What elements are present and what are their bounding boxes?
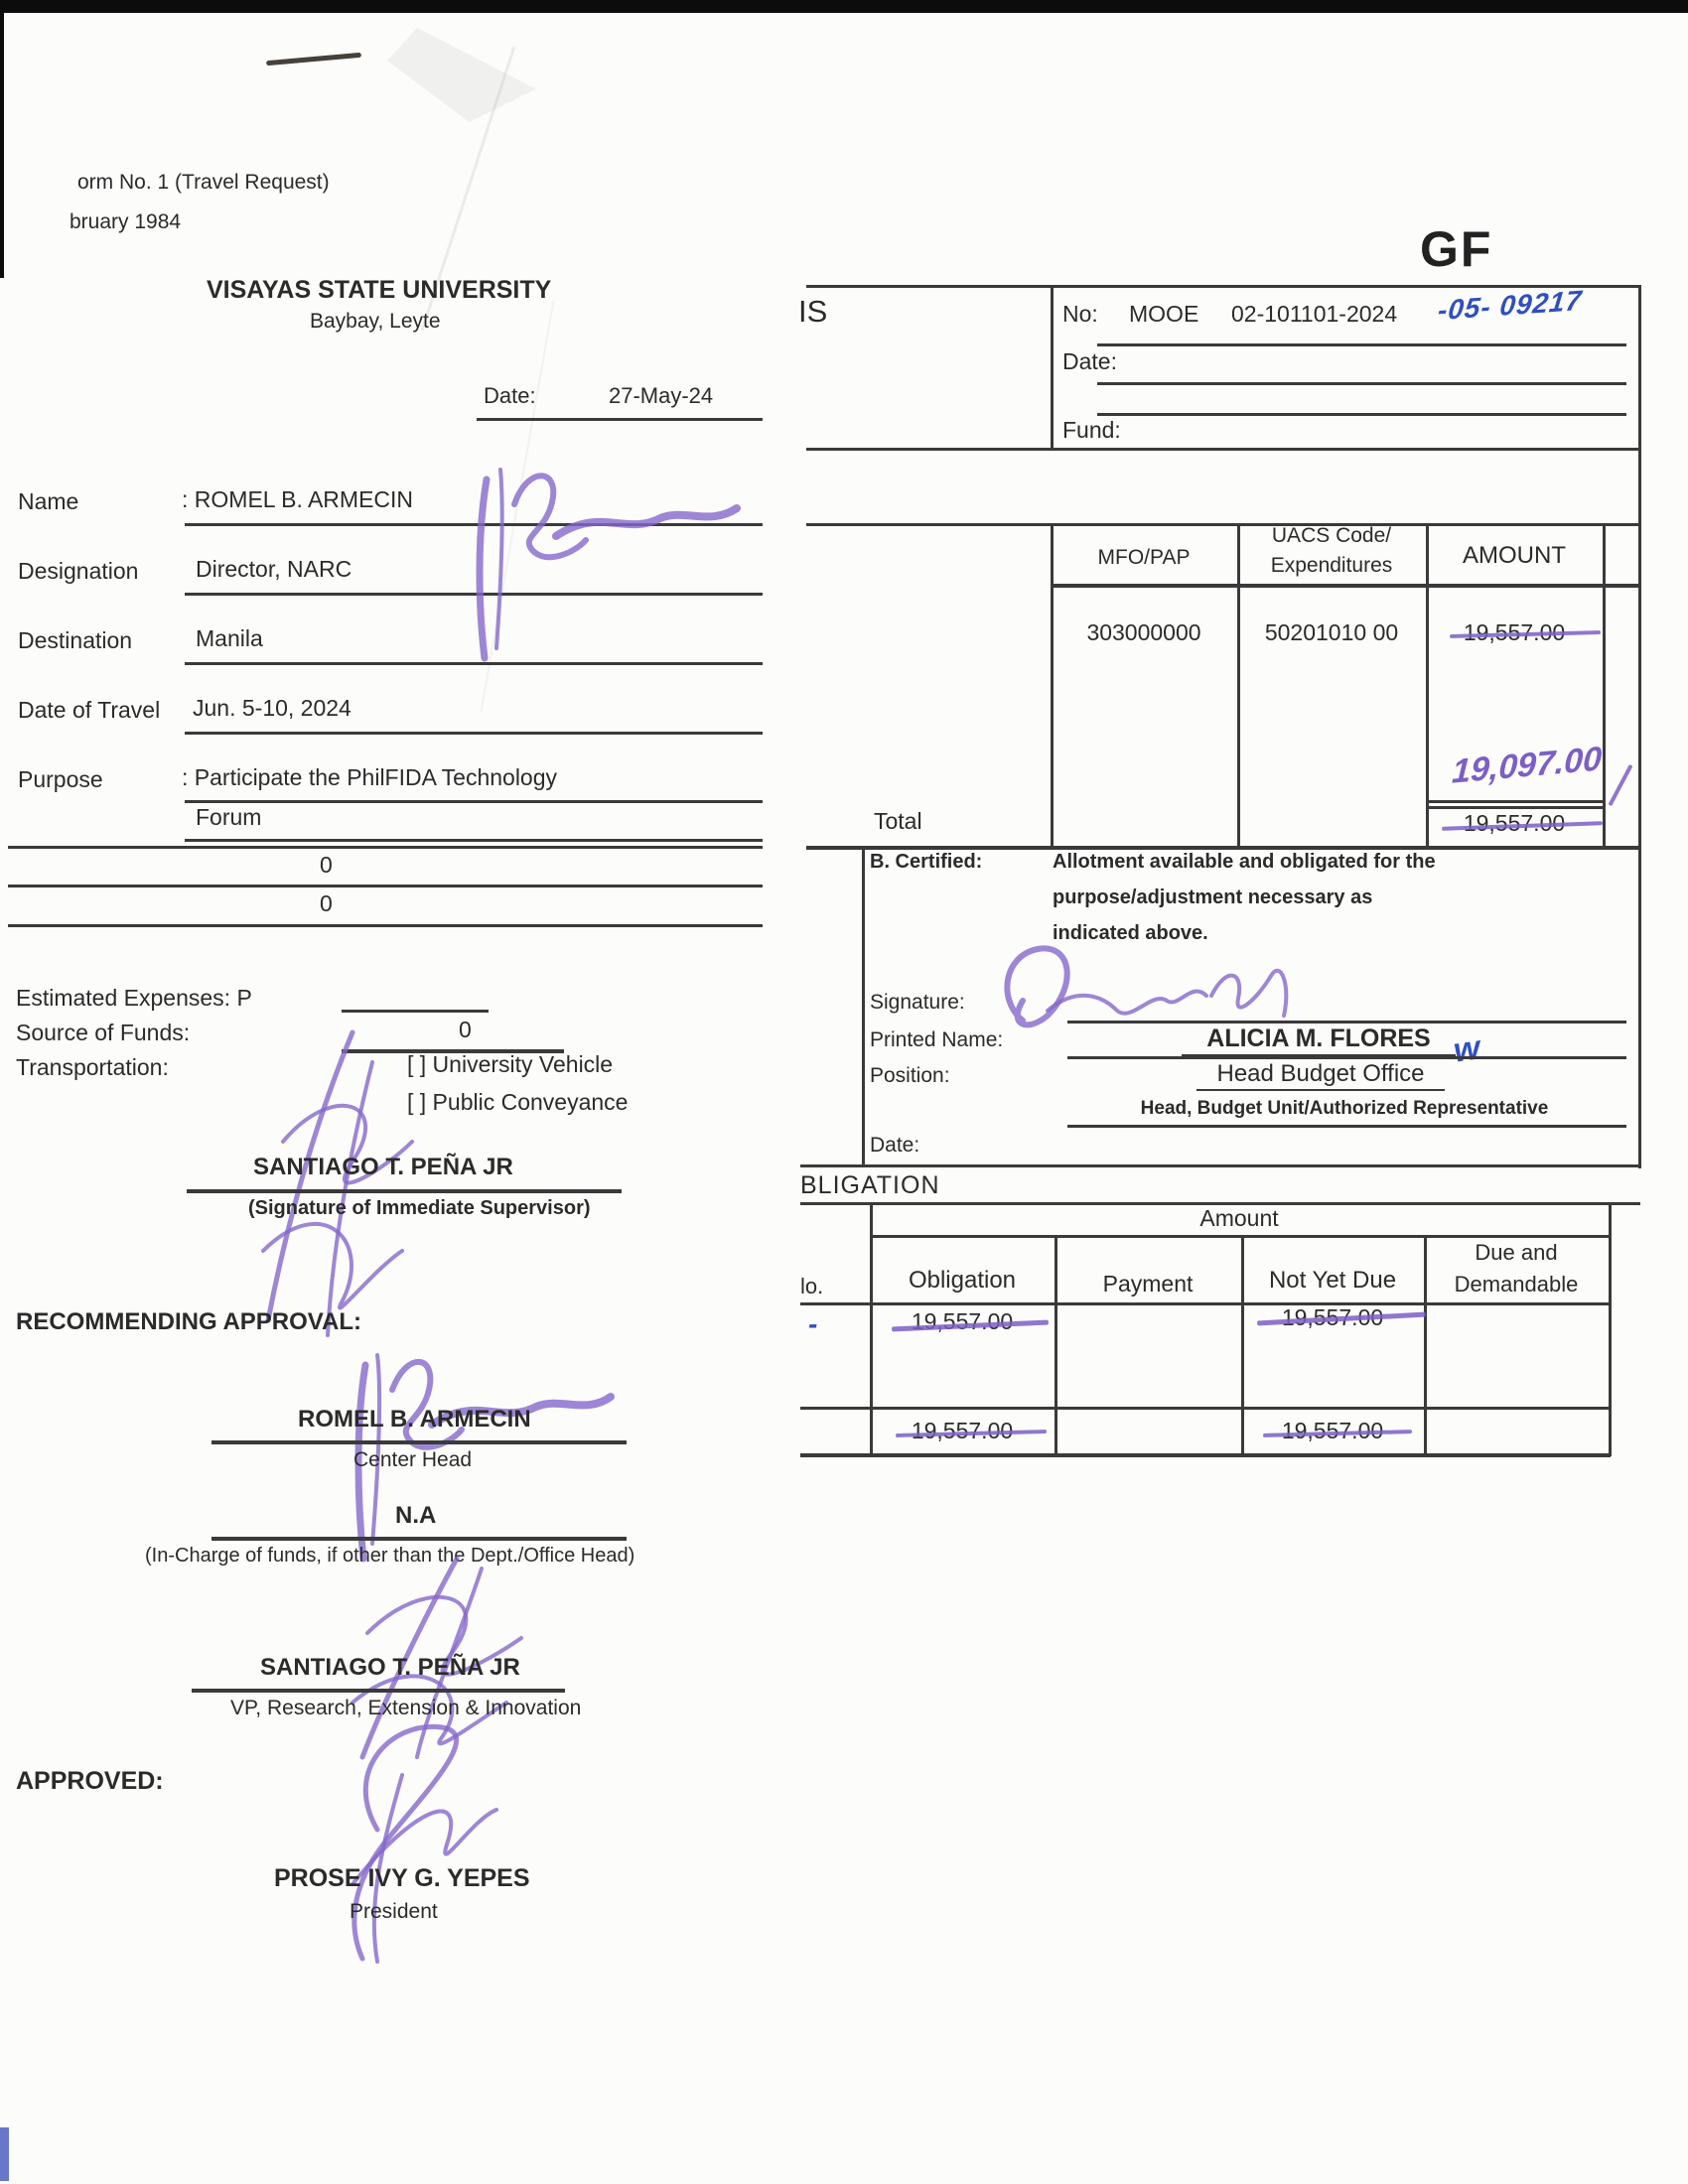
slip-header-divider bbox=[1051, 285, 1054, 449]
purpose-underline-2 bbox=[185, 839, 763, 842]
scan-mark-bottom-left bbox=[0, 2127, 9, 2181]
certified-statement-line2: purpose/adjustment necessary as bbox=[1053, 887, 1372, 909]
position-label: Position: bbox=[870, 1064, 950, 1088]
estimated-expenses-line bbox=[342, 1010, 489, 1013]
purpose-value-line1: : Participate the PhilFIDA Technology bbox=[182, 764, 557, 791]
destination-value: Manila bbox=[196, 625, 263, 652]
certified-left-border bbox=[862, 846, 865, 1166]
zero-rule-1 bbox=[8, 885, 763, 887]
designation-value: Director, NARC bbox=[196, 556, 352, 583]
destination-label: Destination bbox=[18, 627, 132, 654]
slip-no-value: 02-101101-2024 bbox=[1231, 301, 1397, 328]
slip-date-label: Date: bbox=[1062, 348, 1117, 375]
purpose-rule-a bbox=[8, 846, 763, 849]
obligation-title-partial: BLIGATION bbox=[800, 1171, 940, 1200]
zero-rule-2 bbox=[8, 924, 763, 927]
president-title: President bbox=[350, 1900, 438, 1924]
form-number: orm No. 1 (Travel Request) bbox=[77, 171, 330, 195]
obl-col-due-line2: Demandable bbox=[1424, 1272, 1609, 1297]
approver-1-underline bbox=[211, 1440, 627, 1444]
approver-3-name: SANTIAGO T. PEÑA JR bbox=[260, 1654, 520, 1682]
name-label: Name bbox=[18, 488, 78, 515]
certified-row-line-1 bbox=[1067, 1021, 1626, 1024]
printed-name-value: ALICIA M. FLORES bbox=[1182, 1024, 1456, 1057]
slip-fund-type: MOOE bbox=[1129, 301, 1198, 328]
supervisor-caption: (Signature of Immediate Supervisor) bbox=[248, 1197, 591, 1220]
travel-date-value: Jun. 5-10, 2024 bbox=[193, 695, 352, 722]
supervisor-underline bbox=[187, 1189, 622, 1193]
table-col-line-1 bbox=[1051, 523, 1054, 849]
header-date-label: Date: bbox=[484, 383, 536, 409]
obl-col-not-yet-due: Not Yet Due bbox=[1241, 1267, 1424, 1295]
header-date-value: 27-May-24 bbox=[609, 383, 713, 409]
handwritten-check-slash bbox=[1608, 764, 1632, 806]
source-of-funds-label: Source of Funds: bbox=[16, 1020, 190, 1046]
name-value: : ROMEL B. ARMECIN bbox=[182, 486, 413, 513]
signature-pena-supervisor bbox=[233, 1023, 462, 1340]
certified-row-line-3 bbox=[1067, 1125, 1626, 1128]
zero-line-2: 0 bbox=[320, 890, 333, 917]
purpose-label: Purpose bbox=[18, 766, 103, 793]
total-double-rule-b bbox=[1426, 806, 1603, 809]
obl-col-no-partial: lo. bbox=[800, 1274, 823, 1299]
slip-no-underline bbox=[1097, 343, 1626, 346]
purpose-value-line2: Forum bbox=[196, 804, 261, 831]
signature-armecin-name bbox=[457, 445, 755, 663]
slip-no-label: No: bbox=[1062, 301, 1098, 328]
slip-date-underline-2 bbox=[1097, 413, 1626, 416]
col-header-uacs-line1: UACS Code/ bbox=[1237, 524, 1426, 548]
purpose-underline-1 bbox=[185, 800, 763, 803]
estimated-expenses-label: Estimated Expenses: P bbox=[16, 985, 252, 1012]
scanned-travel-request-form: orm No. 1 (Travel Request) bruary 1984 V… bbox=[0, 0, 1688, 2184]
initial-mark: w bbox=[1451, 1028, 1482, 1070]
certified-statement-line1: Allotment available and obligated for th… bbox=[1053, 851, 1436, 874]
transportation-label: Transportation: bbox=[16, 1054, 169, 1081]
handwritten-corrected-amount: 19,097.00 bbox=[1451, 740, 1603, 792]
slip-partial-left-text: IS bbox=[798, 294, 827, 330]
paper-fold-corner bbox=[387, 28, 536, 122]
table-col-line-4 bbox=[1603, 523, 1606, 849]
obl-col-obligation: Obligation bbox=[870, 1267, 1055, 1295]
president-name: PROSE IVY G. YEPES bbox=[274, 1864, 530, 1893]
gf-label: GF bbox=[1420, 220, 1492, 278]
slip-header-bottom-border bbox=[806, 448, 1640, 451]
supervisor-name: SANTIAGO T. PEÑA JR bbox=[253, 1154, 513, 1181]
cell-uacs-value: 50201010 00 bbox=[1237, 619, 1426, 646]
slip-top-border bbox=[806, 285, 1640, 288]
approver-1-title: Center Head bbox=[353, 1448, 472, 1472]
obl-row-no-mark: - bbox=[808, 1308, 817, 1340]
scan-edge-left bbox=[0, 0, 4, 278]
slip-fund-label: Fund: bbox=[1062, 417, 1121, 444]
cell-mfo-value: 303000000 bbox=[1051, 619, 1237, 646]
obl-header-bottom bbox=[800, 1302, 1611, 1305]
printed-name-label: Printed Name: bbox=[870, 1028, 1003, 1052]
obl-col-right-border bbox=[1609, 1202, 1612, 1456]
col-header-mfo-pap: MFO/PAP bbox=[1051, 546, 1237, 570]
form-revision: bruary 1984 bbox=[70, 210, 181, 234]
slip-date-underline-1 bbox=[1097, 382, 1626, 385]
slip-right-border bbox=[1638, 285, 1641, 1168]
approver-1-name: ROMEL B. ARMECIN bbox=[298, 1406, 531, 1433]
position-caption: Head, Budget Unit/Authorized Representat… bbox=[1072, 1098, 1617, 1120]
total-double-rule-a bbox=[1426, 800, 1603, 803]
approver-2-underline bbox=[211, 1537, 627, 1541]
obl-col-due-line1: Due and bbox=[1424, 1240, 1609, 1266]
signature-label: Signature: bbox=[870, 991, 965, 1015]
header-date-underline bbox=[477, 418, 763, 421]
obl-col-line-3 bbox=[1424, 1235, 1427, 1456]
table-top-border bbox=[806, 523, 1640, 526]
slip-no-handwritten: -05- 09217 bbox=[1436, 285, 1583, 327]
col-header-uacs-line2: Expenditures bbox=[1237, 554, 1426, 578]
obl-col-line-1 bbox=[1055, 1235, 1057, 1456]
approved-heading: APPROVED: bbox=[16, 1767, 164, 1796]
col-header-amount: AMOUNT bbox=[1426, 542, 1603, 570]
certified-label: B. Certified: bbox=[870, 851, 982, 874]
obl-amount-header: Amount bbox=[870, 1205, 1609, 1232]
obl-col-payment: Payment bbox=[1055, 1271, 1241, 1297]
recommending-approval-heading: RECOMMENDING APPROVAL: bbox=[16, 1308, 361, 1336]
pen-mark bbox=[266, 53, 361, 66]
travel-date-underline bbox=[185, 732, 763, 735]
scan-edge-top bbox=[0, 0, 1688, 13]
certified-bottom-border bbox=[800, 1164, 1640, 1167]
university-name: VISAYAS STATE UNIVERSITY bbox=[207, 276, 551, 305]
position-value: Head Budget Office bbox=[1196, 1060, 1445, 1091]
designation-label: Designation bbox=[18, 558, 138, 585]
obl-mid-line bbox=[800, 1407, 1611, 1410]
total-row-bottom-border bbox=[806, 846, 1640, 850]
certified-row-line-2 bbox=[1067, 1056, 1626, 1059]
zero-line-1: 0 bbox=[320, 852, 333, 879]
travel-date-label: Date of Travel bbox=[18, 697, 160, 724]
certified-date-label: Date: bbox=[870, 1134, 919, 1158]
total-label: Total bbox=[874, 808, 922, 835]
obl-bottom-border bbox=[800, 1453, 1611, 1457]
table-header-bottom bbox=[1051, 584, 1640, 588]
signature-yepes bbox=[283, 1715, 521, 1964]
approver-2-name: N.A bbox=[395, 1502, 436, 1530]
obl-amount-header-underline bbox=[870, 1235, 1611, 1238]
university-campus: Baybay, Leyte bbox=[310, 310, 441, 334]
approver-3-underline bbox=[192, 1689, 565, 1693]
